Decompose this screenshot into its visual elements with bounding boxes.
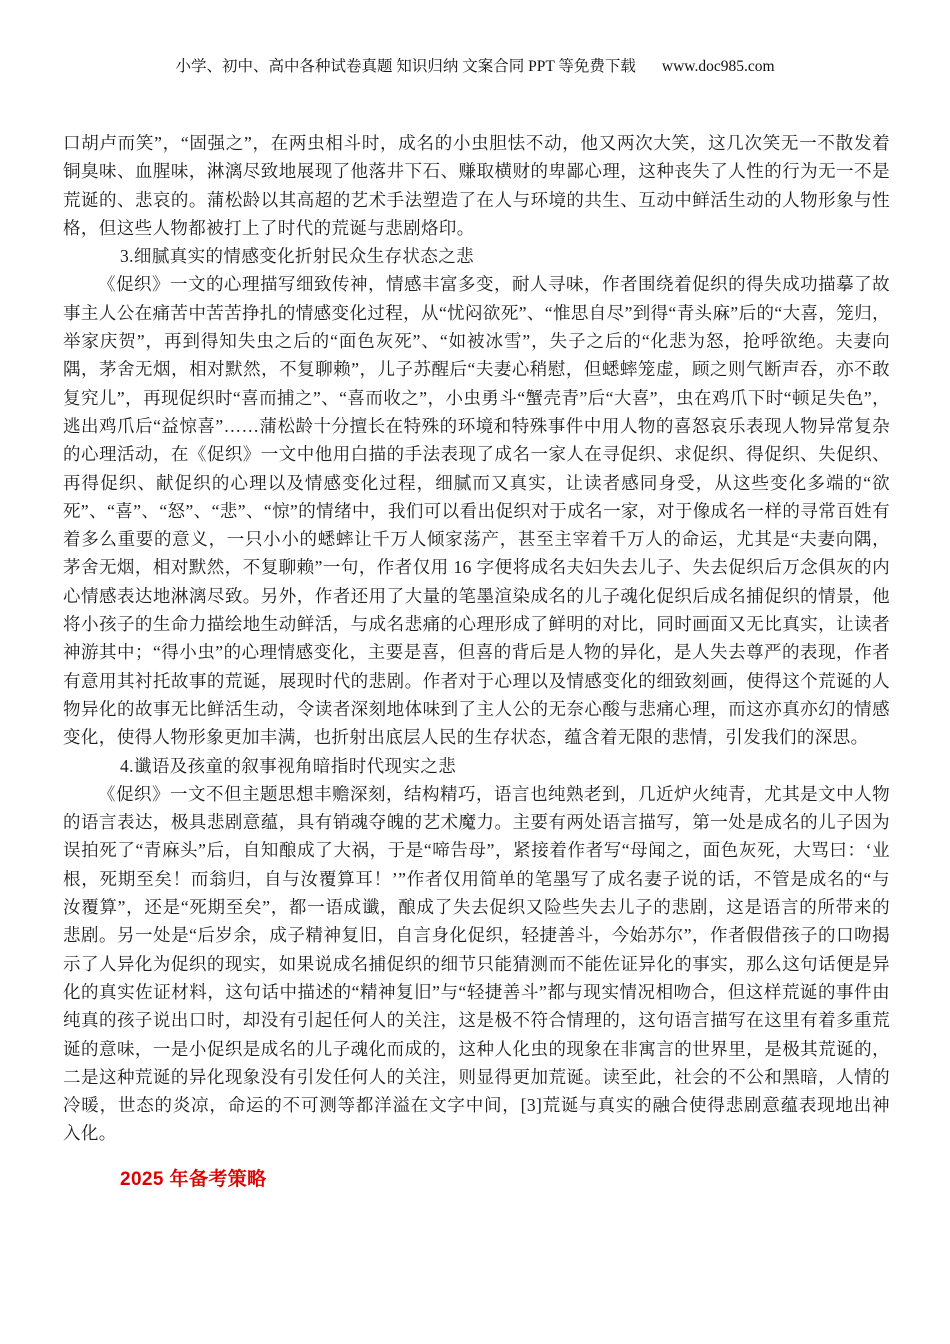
paragraph-section-3: 《促织》一文的心理描写细致传神，情感丰富多变，耐人寻味，作者围绕着促织的得失成功…: [63, 270, 890, 751]
page-header: 小学、初中、高中各种试卷真题 知识归纳 文案合同 PPT 等免费下载www.do…: [0, 0, 950, 77]
paragraph-continuation: 口胡卢而笑”，“固强之”，在两虫相斗时，成名的小虫胆怯不动，他又两次大笑，这几次…: [63, 129, 890, 242]
document-body: 口胡卢而笑”，“固强之”，在两虫相斗时，成名的小虫胆怯不动，他又两次大笑，这几次…: [63, 129, 890, 1194]
header-site-url: www.doc985.com: [662, 58, 775, 75]
exam-strategy-heading: 2025 年备考策略: [63, 1166, 890, 1194]
paragraph-section-4: 《促织》一文不但主题思想丰赡深刻，结构精巧，语言也纯熟老到，几近炉火纯青，尤其是…: [63, 780, 890, 1148]
document-page: 小学、初中、高中各种试卷真题 知识归纳 文案合同 PPT 等免费下载www.do…: [0, 0, 950, 1344]
section-heading-3: 3.细腻真实的情感变化折射民众生存状态之悲: [63, 242, 890, 270]
header-watermark-text: 小学、初中、高中各种试卷真题 知识归纳 文案合同 PPT 等免费下载: [175, 58, 635, 75]
section-heading-4: 4.谶语及孩童的叙事视角暗指时代现实之悲: [63, 752, 890, 780]
